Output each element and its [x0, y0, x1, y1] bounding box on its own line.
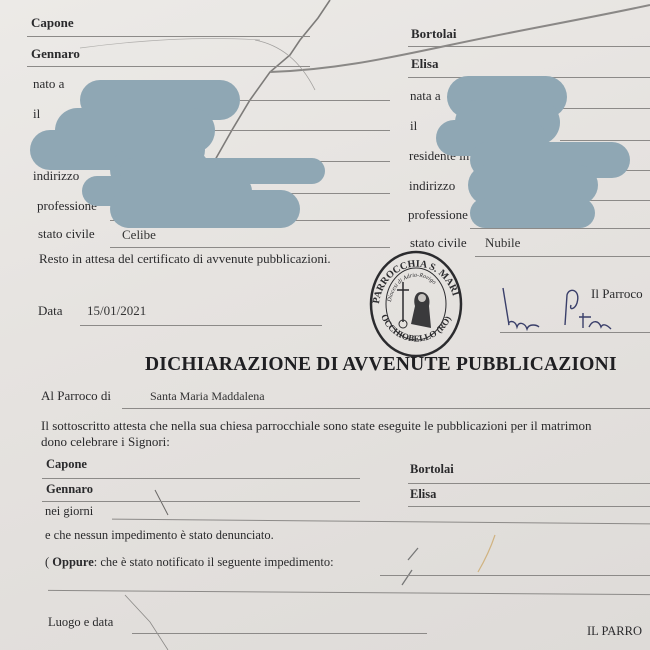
decl-bride-name: Elisa [410, 487, 436, 502]
groom-surname: Capone [31, 15, 74, 31]
declaration-body-line2: dono celebrare i Signori: [41, 434, 170, 450]
decl-groom-name-line [42, 501, 360, 502]
groom-civil-status-line [110, 247, 390, 248]
impediment-line-2 [48, 590, 650, 595]
parroco-label: Il Parroco [591, 286, 643, 302]
bride-profession-label: professione [408, 207, 468, 223]
decl-bride-surname-line [408, 483, 650, 484]
bride-address-label: indirizzo [409, 178, 455, 194]
decl-groom-name: Gennaro [46, 482, 93, 497]
groom-surname-line [27, 36, 310, 37]
groom-birthplace-label: nato a [33, 76, 64, 92]
to-parroco-label: Al Parroco di [41, 388, 111, 404]
groom-birthplace-line [240, 100, 390, 101]
date-label: Data [38, 303, 63, 319]
bride-name: Elisa [411, 56, 438, 72]
to-parroco-line [122, 408, 650, 409]
days-label: nei giorni [45, 504, 93, 519]
waiting-note: Resto in attesa del certificato di avven… [39, 251, 331, 267]
bride-profession-line [470, 228, 650, 229]
bride-surname-line [408, 46, 650, 47]
signature-line [500, 332, 650, 333]
declaration-body-line1: Il sottoscritto attesta che nella sua ch… [41, 418, 592, 434]
alt-rest: : che è stato notificato il seguente imp… [94, 555, 334, 569]
groom-name: Gennaro [31, 46, 80, 62]
decl-groom-surname: Capone [46, 457, 87, 472]
decl-bride-surname: Bortolai [410, 462, 454, 477]
groom-civil-status-value: Celibe [122, 227, 156, 243]
bride-birthdate-line [560, 140, 650, 141]
redaction-mark [110, 190, 300, 228]
document-page: Capone Gennaro nato a il indirizzo profe… [0, 0, 650, 650]
bride-birthplace-label: nata a [410, 88, 441, 104]
alternative-impediment-text: ( Oppure: che è stato notificato il segu… [45, 555, 334, 570]
place-date-line [132, 633, 427, 634]
bride-surname: Bortolai [411, 26, 457, 42]
bride-civil-status-value: Nubile [485, 235, 520, 251]
date-line [80, 325, 322, 326]
date-value: 15/01/2021 [87, 303, 146, 319]
to-parroco-value: Santa Maria Maddalena [150, 389, 265, 404]
groom-address-label: indirizzo [33, 168, 79, 184]
bride-birthdate-label: il [410, 118, 417, 134]
groom-birthdate-line [210, 130, 390, 131]
alt-bold: Oppure [52, 555, 93, 569]
groom-birthdate-label: il [33, 106, 40, 122]
parish-stamp: PARROCCHIA S. MARIA MADDALENA Diocesi di… [365, 244, 465, 360]
decl-bride-name-line [408, 506, 650, 507]
no-impediment-text: e che nessun impedimento è stato denunci… [45, 528, 274, 543]
parroco-caps-label: IL PARRO [587, 624, 642, 639]
days-line [112, 519, 650, 525]
groom-address-line [280, 193, 390, 194]
bride-address-line [590, 200, 650, 201]
groom-civil-status-label: stato civile [38, 226, 95, 242]
groom-name-line [27, 66, 310, 67]
bride-birthplace-line [555, 108, 650, 109]
redaction-mark [470, 198, 595, 228]
bride-civil-status-line [475, 256, 650, 257]
impediment-line [380, 575, 650, 576]
place-date-label: Luogo e data [48, 615, 113, 630]
declaration-title: DICHIARAZIONE DI AVVENUTE PUBBLICAZIONI [145, 354, 617, 376]
decl-groom-surname-line [42, 478, 360, 479]
